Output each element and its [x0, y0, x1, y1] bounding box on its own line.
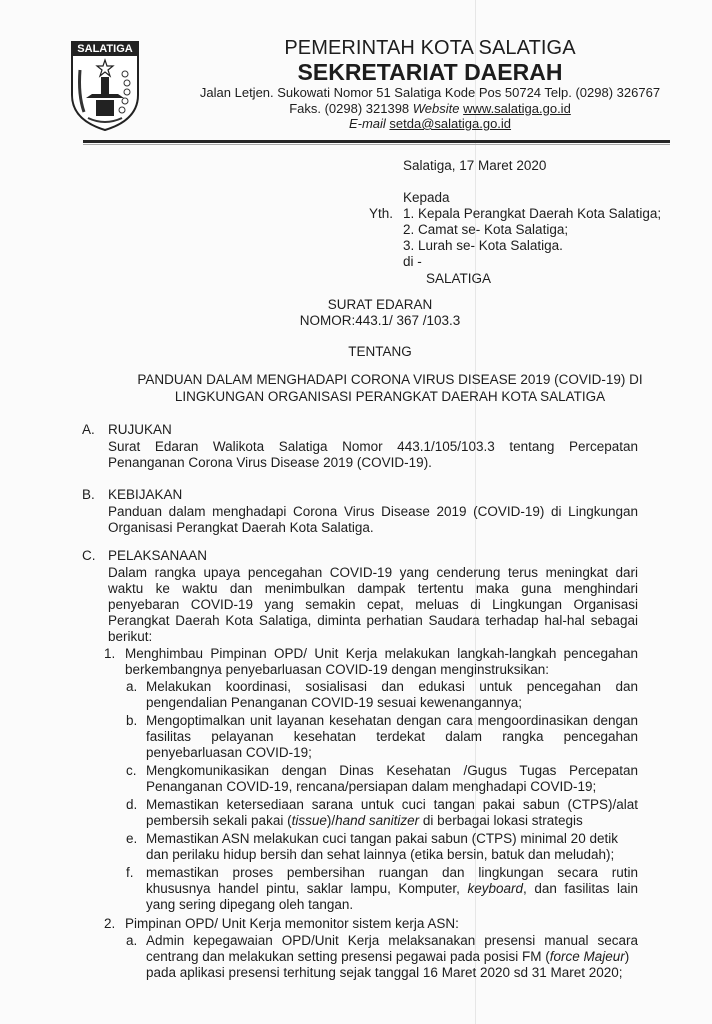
item-1b-text-1: Mengoptimalkan unit layanan kesehatan de… [146, 713, 638, 729]
section-b-text-2: Organisasi Perangkat Daerah Kota Salatig… [108, 520, 638, 536]
item-2a-text-3: pada aplikasi presensi terhitung sejak t… [146, 965, 638, 981]
section-c-intro-1: Dalam rangka upaya pencegahan COVID-19 y… [108, 565, 638, 581]
section-c-letter: C. [82, 548, 96, 563]
letter-title-line-2: LINGKUNGAN ORGANISASI PERANGKAT DAERAH K… [70, 389, 710, 404]
text: , dan fasilitas lain [523, 881, 638, 896]
salatiga-coat-of-arms-icon: SALATIGA [70, 40, 140, 132]
recipient-place: SALATIGA [426, 271, 491, 286]
item-2-text-1: Pimpinan OPD/ Unit Kerja memonitor siste… [125, 916, 638, 932]
item-1c-letter: c. [126, 763, 137, 778]
fax: Faks. (0298) 321398 [289, 101, 413, 116]
item-1b-text-2: fasilitas pelayanan kesehatan terdekat d… [146, 729, 638, 745]
item-1b-letter: b. [126, 713, 137, 728]
item-1e-letter: e. [126, 831, 137, 846]
text-italic: force Majeur [550, 949, 625, 964]
fax-website-line: Faks. (0298) 321398 Website www.salatiga… [160, 101, 700, 117]
item-1d-text-2: pembersih sekali pakai (tissue)/hand san… [146, 813, 638, 829]
item-1-text-1: Menghimbau Pimpinan OPD/ Unit Kerja mela… [125, 646, 638, 662]
text: pembersih sekali pakai ( [146, 813, 292, 828]
item-1f-text-3: yang sering dipegang oleh tangan. [146, 897, 638, 913]
recipient-2: 2. Camat se- Kota Salatiga; [403, 222, 568, 237]
item-1e-text-1: Memastikan ASN melakukan cuci tangan pak… [146, 831, 638, 847]
recipient-yth: Yth. [369, 206, 393, 221]
item-2a-letter: a. [126, 933, 137, 948]
section-c-intro-2: waktu ke waktu dan menimbulkan dampak te… [108, 581, 638, 597]
section-c-intro-4: Perangkat Daerah Kota Salatiga, diminta … [108, 613, 638, 629]
item-1a-text-1: Melakukan koordinasi, sosialisasi dan ed… [146, 679, 638, 695]
letterhead-divider [83, 140, 670, 143]
section-c-title: PELAKSANAAN [108, 548, 207, 563]
recipient-3: 3. Lurah se- Kota Salatiga. [403, 238, 563, 253]
email-link[interactable]: setda@salatiga.go.id [389, 116, 511, 131]
letterhead-contact: Jalan Letjen. Sukowati Nomor 51 Salatiga… [160, 85, 700, 132]
item-1a-text-2: pengendalian Penanganan COVID-19 sesuai … [146, 695, 638, 711]
item-2-number: 2. [104, 916, 115, 931]
recipient-to: Kepada [403, 190, 450, 205]
section-c-intro-5: berikut: [108, 629, 638, 645]
website-label: Website [413, 101, 460, 116]
item-2a-text-2: centrang dan melakukan setting presensi … [146, 949, 638, 965]
svg-text:SALATIGA: SALATIGA [77, 43, 132, 55]
text: khususnya handel pintu, saklar lampu, Ko… [146, 881, 467, 896]
text-italic: keyboard [467, 881, 523, 896]
item-1-number: 1. [104, 646, 115, 661]
text-italic: hand sanitizer [335, 813, 419, 828]
text: centrang dan melakukan setting presensi … [146, 949, 550, 964]
item-2a-text-1: Admin kepegawaian OPD/Unit Kerja melaksa… [146, 933, 638, 949]
letter-number: NOMOR:443.1/ 367 /103.3 [180, 313, 580, 328]
item-1f-text-1: memastikan proses pembersihan ruangan da… [146, 865, 638, 881]
item-1c-text-2: Penanganan COVID-19, rencana/persiapan d… [146, 779, 638, 795]
email-line: E-mail setda@salatiga.go.id [160, 116, 700, 132]
section-b-text-1: Panduan dalam menghadapi Corona Virus Di… [108, 504, 638, 520]
text: di berbagai lokasi strategis [419, 813, 583, 828]
text: ) [625, 949, 630, 964]
item-1a-letter: a. [126, 679, 137, 694]
item-1d-letter: d. [126, 797, 137, 812]
recipient-di: di - [403, 254, 422, 269]
address: Jalan Letjen. Sukowati Nomor 51 Salatiga… [160, 85, 700, 101]
item-1c-text-1: Mengkomunikasikan dengan Dinas Kesehatan… [146, 763, 638, 779]
letterhead-divider-thin [83, 144, 670, 145]
section-b-letter: B. [82, 487, 95, 502]
website-link[interactable]: www.salatiga.go.id [463, 101, 571, 116]
recipient-1: 1. Kepala Perangkat Daerah Kota Salatiga… [403, 206, 661, 221]
section-a-title: RUJUKAN [108, 422, 172, 437]
section-a-letter: A. [82, 422, 95, 437]
item-1f-text-2: khususnya handel pintu, saklar lampu, Ko… [146, 881, 638, 897]
item-1e-text-2: dan perilaku hidup bersih dan sehat lain… [146, 847, 638, 863]
item-1f-letter: f. [126, 865, 134, 880]
letter-date: Salatiga, 17 Maret 2020 [403, 158, 546, 173]
section-b-title: KEBIJAKAN [108, 487, 182, 502]
text: )/ [327, 813, 335, 828]
item-1-text-2: berkembangnya penyebarluasan COVID-19 de… [125, 662, 638, 678]
letter-type: SURAT EDARAN [180, 297, 580, 312]
email-label: E-mail [349, 116, 386, 131]
section-a-text-1: Surat Edaran Walikota Salatiga Nomor 443… [108, 439, 638, 455]
letter-about: TENTANG [180, 344, 580, 359]
item-1d-text-1: Memastikan ketersediaan sarana untuk cuc… [146, 797, 638, 813]
letter-page: SALATIGA PEMERINTAH KOTA SALATIGA SEKRET… [0, 0, 712, 1024]
office-name: SEKRETARIAT DAERAH [160, 59, 700, 86]
text-italic: tissue [292, 813, 327, 828]
section-c-intro-3: penyebaran COVID-19 yang semakin cepat, … [108, 597, 638, 613]
item-1b-text-3: penyebarluasan COVID-19; [146, 745, 638, 761]
section-a-text-2: Penanganan Corona Virus Disease 2019 (CO… [108, 455, 638, 471]
letter-title-line-1: PANDUAN DALAM MENGHADAPI CORONA VIRUS DI… [70, 372, 710, 387]
government-name: PEMERINTAH KOTA SALATIGA [160, 37, 700, 60]
